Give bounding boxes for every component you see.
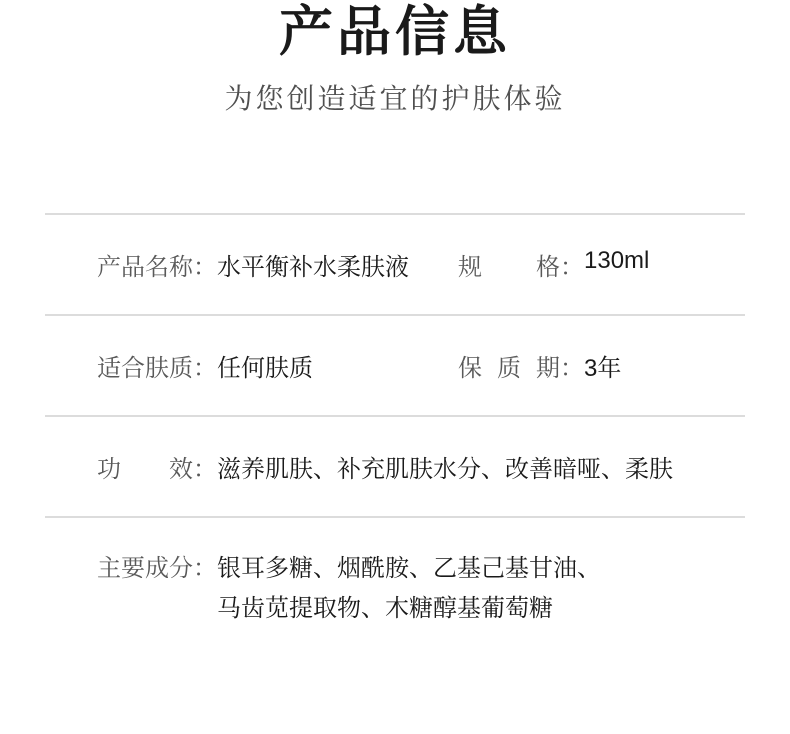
shelf-life-label: 保质期	[458, 348, 560, 383]
field-spec: 规格：130ml	[458, 247, 745, 282]
product-name-colon: ：	[193, 254, 217, 281]
product-name-label: 产品名称	[97, 247, 193, 282]
ingredients-line-1: 银耳多糖、烟酰胺、乙基己基甘油、	[217, 549, 601, 589]
row-effects: 功效：滋养肌肤、补充肌肤水分、改善暗哑、柔肤	[45, 415, 745, 516]
row-product-name: 产品名称：水平衡补水柔肤液 规格：130ml	[45, 213, 745, 314]
effects-colon: ：	[193, 456, 217, 483]
effects-label: 功效	[97, 449, 193, 484]
field-ingredients: 主要成分：银耳多糖、烟酰胺、乙基己基甘油、马齿苋提取物、木糖醇基葡萄糖	[97, 549, 745, 629]
info-table: 产品名称：水平衡补水柔肤液 规格：130ml 适合肤质：任何肤质 保质期：3年 …	[45, 213, 745, 649]
shelf-life-colon: ：	[560, 355, 584, 382]
spec-value: 130ml	[584, 247, 649, 274]
skin-type-value: 任何肤质	[217, 355, 313, 382]
row-ingredients: 主要成分：银耳多糖、烟酰胺、乙基己基甘油、马齿苋提取物、木糖醇基葡萄糖	[45, 516, 745, 649]
product-info-page: 产品信息 为您创造适宜的护肤体验 产品名称：水平衡补水柔肤液 规格：130ml …	[0, 0, 790, 734]
field-skin-type: 适合肤质：任何肤质	[97, 348, 458, 383]
page-title: 产品信息	[0, 0, 790, 62]
ingredients-label: 主要成分	[97, 549, 193, 589]
spec-colon: ：	[560, 254, 584, 281]
product-name-value: 水平衡补水柔肤液	[217, 254, 409, 281]
ingredients-line-2: 马齿苋提取物、木糖醇基葡萄糖	[217, 589, 601, 629]
effects-value: 滋养肌肤、补充肌肤水分、改善暗哑、柔肤	[217, 456, 673, 483]
field-shelf-life: 保质期：3年	[458, 348, 745, 383]
spec-label: 规格	[458, 247, 560, 282]
page-subtitle: 为您创造适宜的护肤体验	[0, 82, 790, 116]
field-product-name: 产品名称：水平衡补水柔肤液	[97, 247, 458, 282]
ingredients-colon: ：	[193, 555, 217, 582]
field-effects: 功效：滋养肌肤、补充肌肤水分、改善暗哑、柔肤	[97, 449, 745, 484]
ingredients-value: 银耳多糖、烟酰胺、乙基己基甘油、马齿苋提取物、木糖醇基葡萄糖	[217, 549, 601, 629]
shelf-life-value: 3年	[584, 355, 621, 382]
skin-type-colon: ：	[193, 355, 217, 382]
skin-type-label: 适合肤质	[97, 348, 193, 383]
row-skin-type: 适合肤质：任何肤质 保质期：3年	[45, 314, 745, 415]
